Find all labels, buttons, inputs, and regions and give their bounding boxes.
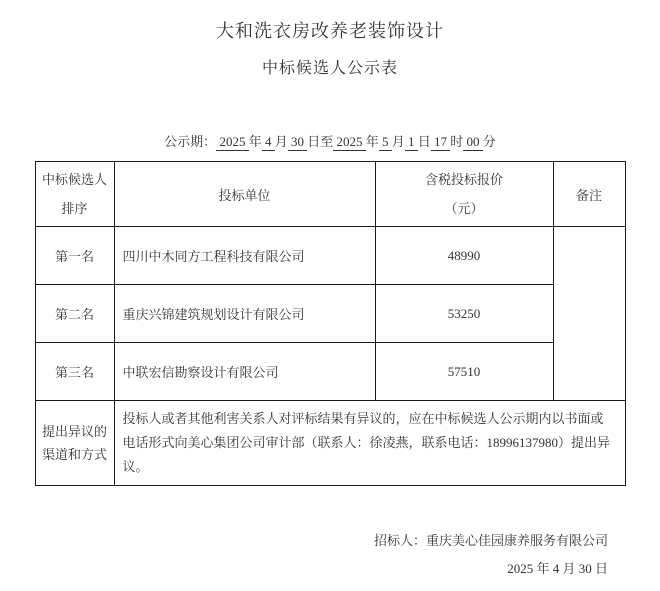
header-price-line2: （元） <box>376 194 553 223</box>
period-start-year: 2025 <box>216 134 249 151</box>
header-rank-cell: 中标候选人 排序 <box>35 162 114 227</box>
period-day-to: 日至 <box>307 134 333 149</box>
objection-row: 提出异议的 渠道和方式 投标人或者其他利害关系人对评标结果有异议的，应在中标候选… <box>35 401 625 486</box>
period-start-day: 30 <box>288 134 308 151</box>
candidates-table: 中标候选人 排序 投标单位 含税投标报价 （元） 备注 第一名 四川中木同方工程… <box>35 161 626 486</box>
period-year-unit: 年 <box>249 134 262 149</box>
objection-label-line1: 提出异议的 <box>36 420 114 443</box>
price-cell-3: 57510 <box>375 343 553 401</box>
period-label: 公示期： <box>164 134 216 149</box>
table-header-row: 中标候选人 排序 投标单位 含税投标报价 （元） 备注 <box>35 162 625 227</box>
document-title: 大和洗衣房改养老装饰设计 <box>0 0 660 42</box>
objection-content-cell: 投标人或者其他利害关系人对评标结果有异议的，应在中标候选人公示期内以书面或电话形… <box>114 401 625 486</box>
period-minute-unit: 分 <box>483 134 496 149</box>
header-rank-line2: 排序 <box>36 194 114 223</box>
period-hour-unit: 时 <box>450 134 463 149</box>
rank-cell-1: 第一名 <box>35 227 114 285</box>
header-price-cell: 含税投标报价 （元） <box>375 162 553 227</box>
objection-label-cell: 提出异议的 渠道和方式 <box>35 401 114 486</box>
document-subtitle: 中标候选人公示表 <box>0 59 660 79</box>
table-row-first: 第一名 四川中木同方工程科技有限公司 48990 <box>35 227 625 285</box>
rank-cell-2: 第二名 <box>35 285 114 343</box>
company-cell-1: 四川中木同方工程科技有限公司 <box>114 227 375 285</box>
publicity-period-line: 公示期： 2025 年 4 月 30 日至 2025 年 5 月 1 日 17 … <box>0 134 660 150</box>
header-rank-line1: 中标候选人 <box>36 165 114 194</box>
period-start-month: 4 <box>262 134 275 151</box>
period-end-month: 5 <box>379 134 392 151</box>
period-end-year: 2025 <box>333 134 366 151</box>
table-row-third: 第三名 中联宏信勘察设计有限公司 57510 <box>35 343 625 401</box>
footer-date: 2025 年 4 月 30 日 <box>0 555 608 583</box>
period-day-unit: 日 <box>418 134 431 149</box>
period-end-hour: 17 <box>431 134 451 151</box>
price-cell-1: 48990 <box>375 227 553 285</box>
company-cell-2: 重庆兴锦建筑规划设计有限公司 <box>114 285 375 343</box>
remark-merged-cell <box>553 227 625 401</box>
objection-label-line2: 渠道和方式 <box>36 443 114 466</box>
company-cell-3: 中联宏信勘察设计有限公司 <box>114 343 375 401</box>
period-month-unit-2: 月 <box>392 134 405 149</box>
period-year-unit-2: 年 <box>366 134 379 149</box>
rank-cell-3: 第三名 <box>35 343 114 401</box>
period-month-unit: 月 <box>275 134 288 149</box>
tenderer-line: 招标人：重庆美心佳园康养服务有限公司 <box>0 527 608 555</box>
header-company-cell: 投标单位 <box>114 162 375 227</box>
period-end-day: 1 <box>405 134 418 151</box>
price-cell-2: 53250 <box>375 285 553 343</box>
header-price-line1: 含税投标报价 <box>376 165 553 194</box>
announcement-document: 大和洗衣房改养老装饰设计 中标候选人公示表 公示期： 2025 年 4 月 30… <box>0 0 660 591</box>
document-footer: 招标人：重庆美心佳园康养服务有限公司 2025 年 4 月 30 日 <box>0 527 660 583</box>
table-row-second: 第二名 重庆兴锦建筑规划设计有限公司 53250 <box>35 285 625 343</box>
period-end-minute: 00 <box>463 134 483 151</box>
header-remark-cell: 备注 <box>553 162 625 227</box>
